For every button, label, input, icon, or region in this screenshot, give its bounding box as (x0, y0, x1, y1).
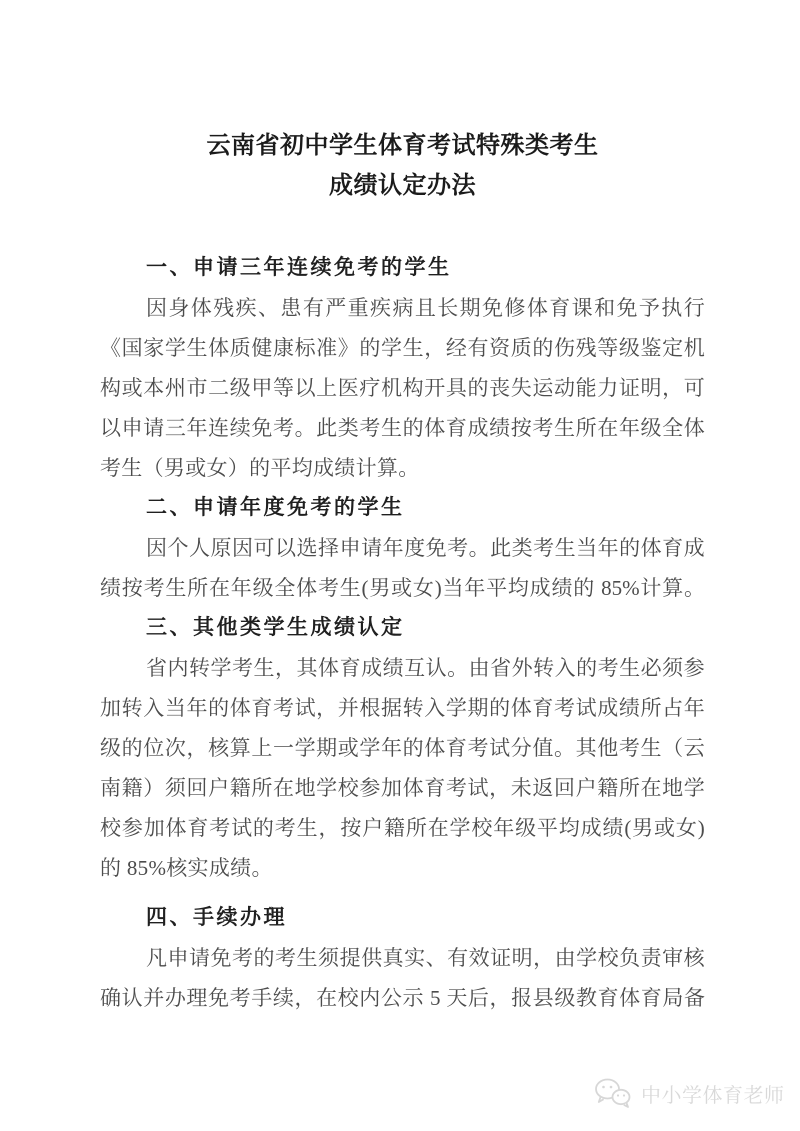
watermark-label: 中小学体育老师 (641, 1079, 785, 1108)
paragraph-line: 的 85%核实成绩。 (100, 848, 705, 888)
paragraph-line: 确认并办理免考手续，在校内公示 5 天后，报县级教育体育局备 (100, 978, 705, 1018)
sections: 一、申请三年连续免考的学生 因身体残疾、患有严重疾病且长期免修体育课和免予执行 … (100, 248, 705, 1018)
paragraph-line: 因身体残疾、患有严重疾病且长期免修体育课和免予执行 (100, 288, 705, 328)
document-page: 云南省初中学生体育考试特殊类考生 成绩认定办法 一、申请三年连续免考的学生 因身… (0, 0, 800, 1131)
paragraph-line: 考生（男或女）的平均成绩计算。 (100, 448, 705, 488)
document-content: 云南省初中学生体育考试特殊类考生 成绩认定办法 一、申请三年连续免考的学生 因身… (100, 126, 705, 1018)
paragraph-line: 级的位次，核算上一学期或学年的体育考试分值。其他考生（云 (100, 728, 705, 768)
paragraph-line: 南籍）须回户籍所在地学校参加体育考试，未返回户籍所在地学 (100, 768, 705, 808)
section-4: 四、手续办理 凡申请免考的考生须提供真实、有效证明，由学校负责审核 确认并办理免… (100, 898, 705, 1018)
watermark: 中小学体育老师 (594, 1078, 785, 1108)
section-1: 一、申请三年连续免考的学生 因身体残疾、患有严重疾病且长期免修体育课和免予执行 … (100, 248, 705, 488)
section-4-heading: 四、手续办理 (100, 898, 705, 938)
document-title-line-2: 成绩认定办法 (100, 166, 705, 206)
paragraph-line: 构或本州市二级甲等以上医疗机构开具的丧失运动能力证明，可 (100, 368, 705, 408)
document-title-line-1: 云南省初中学生体育考试特殊类考生 (100, 126, 705, 166)
section-2-heading: 二、申请年度免考的学生 (100, 488, 705, 528)
section-2: 二、申请年度免考的学生 因个人原因可以选择申请年度免考。此类考生当年的体育成 绩… (100, 488, 705, 608)
wechat-icon (594, 1078, 632, 1108)
paragraph-line: 省内转学考生，其体育成绩互认。由省外转入的考生必须参 (100, 648, 705, 688)
paragraph-line: 以申请三年连续免考。此类考生的体育成绩按考生所在年级全体 (100, 408, 705, 448)
document-title: 云南省初中学生体育考试特殊类考生 成绩认定办法 (100, 126, 705, 206)
paragraph-line: 加转入当年的体育考试，并根据转入学期的体育考试成绩所占年 (100, 688, 705, 728)
paragraph-line: 凡申请免考的考生须提供真实、有效证明，由学校负责审核 (100, 938, 705, 978)
section-3: 三、其他类学生成绩认定 省内转学考生，其体育成绩互认。由省外转入的考生必须参 加… (100, 608, 705, 888)
section-1-heading: 一、申请三年连续免考的学生 (100, 248, 705, 288)
paragraph-line: 因个人原因可以选择申请年度免考。此类考生当年的体育成 (100, 528, 705, 568)
paragraph-line: 校参加体育考试的考生，按户籍所在学校年级平均成绩(男或女) (100, 808, 705, 848)
paragraph-line: 绩按考生所在年级全体考生(男或女)当年平均成绩的 85%计算。 (100, 568, 705, 608)
paragraph-line: 《国家学生体质健康标准》的学生，经有资质的伤残等级鉴定机 (100, 328, 705, 368)
section-3-heading: 三、其他类学生成绩认定 (100, 608, 705, 648)
